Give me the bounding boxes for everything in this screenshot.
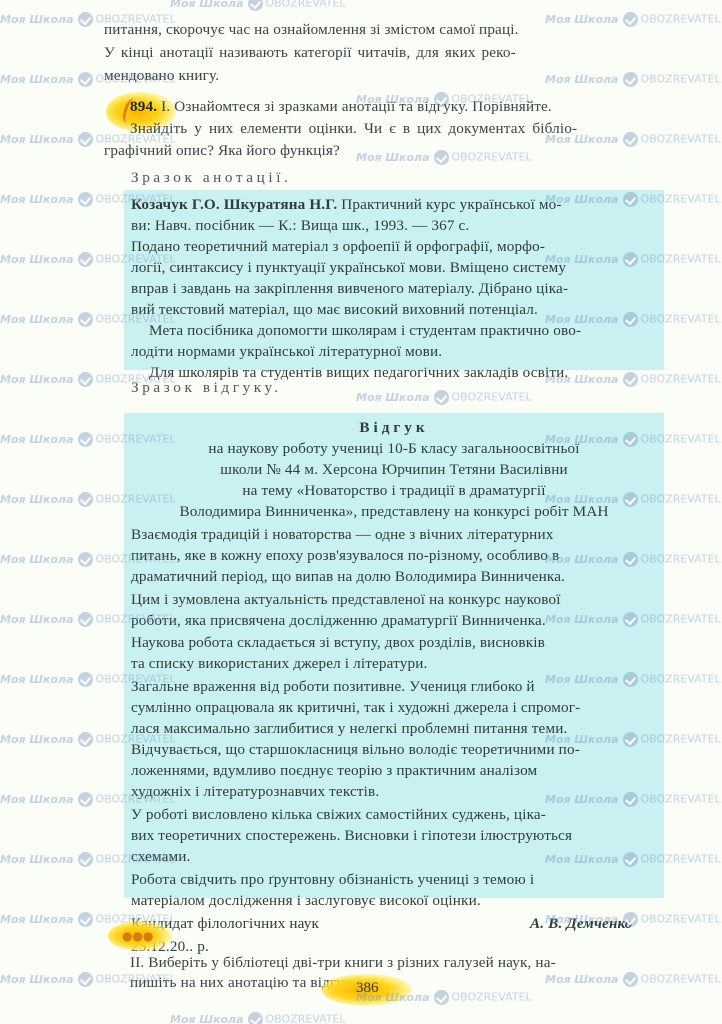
watermark-brand: Моя Школа [0, 673, 74, 686]
review-body-line: лася максимально заглибитися у нелегкі п… [131, 719, 567, 739]
check-circle-icon [78, 372, 93, 387]
exercise-894-text: І. Ознайомтеся зі зразками анотації та в… [157, 98, 552, 115]
bib-title: Практичний курс української мо- [337, 196, 561, 213]
review-body-line: Цим і зумовлена актуальність представлен… [131, 590, 561, 610]
watermark-brand: Моя Школа [0, 853, 74, 866]
check-circle-icon [434, 150, 449, 165]
check-circle-icon [78, 12, 93, 27]
watermark: Моя ШколаOBOZREVATEL [545, 72, 721, 87]
review-heading-line: школи № 44 м. Херсона Юрчипин Тетяни Вас… [124, 460, 664, 480]
intro-line: У кінці анотації називають категорії чит… [104, 43, 516, 63]
watermark-brand: Моя Школа [0, 313, 74, 326]
watermark-brand: Моя Школа [170, 0, 244, 10]
watermark-brand: Моя Школа [0, 433, 74, 446]
intro-line: мендовано книгу. [104, 66, 219, 86]
watermark-brand: Моя Школа [0, 553, 74, 566]
watermark-brand: Моя Школа [545, 73, 619, 86]
review-body-line: Взаємодія традицій і новаторства — одне … [131, 525, 553, 545]
review-body-line: Робота свідчить про ґрунтовну обізнаніст… [131, 870, 534, 890]
watermark-brand: OBOZREVATEL [641, 973, 721, 986]
annotation-line: вправ і завдань на закріплення вивченого… [131, 279, 568, 299]
exercise-894-line: графічний опис? Яка його функція? [104, 141, 340, 161]
check-circle-icon [78, 972, 93, 987]
watermark-brand: Моя Школа [0, 493, 74, 506]
watermark-brand: OBOZREVATEL [452, 151, 532, 164]
review-body-line: Загальне враження від роботи позитивне. … [131, 677, 535, 697]
watermark: Моя ШколаOBOZREVATEL [545, 372, 721, 387]
annotation-line: Мета посібника допомогти школярам і студ… [149, 321, 581, 341]
annotation-line: лодіти нормами української літературної … [131, 342, 442, 362]
check-circle-icon [248, 0, 263, 11]
watermark-brand: Моя Школа [545, 13, 619, 26]
intro-line: питання, скорочує час на ознайомлення зі… [104, 20, 519, 40]
check-circle-icon [78, 912, 93, 927]
review-body-line: питань, яке в кожну епоху розв'язувалося… [131, 546, 559, 566]
check-circle-icon [623, 972, 638, 987]
watermark-brand: OBOZREVATEL [641, 913, 721, 926]
review-title: Відгук [124, 418, 664, 438]
bib-authors: Козачук Г.О. Шкуратяна Н.Г. [131, 196, 337, 213]
watermark-brand: Моя Школа [0, 133, 74, 146]
watermark-brand: Моя Школа [0, 373, 74, 386]
check-circle-icon [78, 312, 93, 327]
watermark-brand: OBOZREVATEL [266, 1013, 346, 1024]
review-body-line: схемами. [131, 847, 190, 867]
review-body-line: та списку використаних джерел і літерату… [131, 654, 427, 674]
watermark-brand: Моя Школа [0, 253, 74, 266]
check-circle-icon [248, 1012, 263, 1024]
exercise-marker: ●●● [108, 921, 172, 951]
watermark-brand: OBOZREVATEL [266, 0, 346, 10]
check-circle-icon [78, 72, 93, 87]
review-heading-line: на тему «Новаторство і традиції в драмат… [124, 481, 664, 501]
watermark-brand: Моя Школа [0, 973, 74, 986]
watermark: Моя ШколаOBOZREVATEL [170, 1012, 346, 1024]
review-sample-label: Зразок відгуку. [131, 378, 282, 398]
annotation-bib-line: Козачук Г.О. Шкуратяна Н.Г. Практичний к… [131, 195, 562, 215]
exercise-number: 894. [130, 98, 157, 115]
watermark-brand: Моя Школа [0, 73, 74, 86]
check-circle-icon [78, 432, 93, 447]
watermark: Моя ШколаOBOZREVATEL [545, 972, 721, 987]
exercise-894-line: Знайдіть у них елементи оцінки. Чи є в ц… [130, 119, 577, 139]
review-body-line: роботи, яка присвячена дослідженню драма… [131, 611, 546, 631]
check-circle-icon [623, 132, 638, 147]
annotation-line: логії, синтаксису і пунктуації українськ… [131, 258, 566, 278]
page-number: 386 [356, 980, 379, 997]
check-circle-icon [623, 12, 638, 27]
watermark-brand: OBOZREVATEL [641, 133, 721, 146]
watermark: Моя ШколаOBOZREVATEL [356, 150, 532, 165]
check-circle-icon [78, 852, 93, 867]
watermark: Моя ШколаOBOZREVATEL [356, 390, 532, 405]
watermark: Моя ШколаOBOZREVATEL [545, 12, 721, 27]
review-body-line: вих теоретичних спостережень. Висновки і… [131, 826, 572, 846]
review-body-line: Відчувається, що старшокласниця вільно в… [131, 740, 580, 760]
watermark-brand: OBOZREVATEL [641, 373, 721, 386]
review-body-line: У роботі висловлено кілька свіжих самост… [131, 805, 546, 825]
review-body-line: художніх і літературознавчих текстів. [131, 782, 379, 802]
check-circle-icon [434, 990, 449, 1005]
watermark-brand: Моя Школа [545, 973, 619, 986]
textbook-page: питання, скорочує час на ознайомлення зі… [0, 0, 722, 1024]
signer-name: А. В. Демченко [530, 914, 633, 934]
watermark-brand: Моя Школа [0, 733, 74, 746]
review-body-line: сумлінно опрацювала як критичні, так і х… [131, 698, 580, 718]
watermark-brand: OBOZREVATEL [641, 73, 721, 86]
watermark-brand: OBOZREVATEL [452, 391, 532, 404]
watermark-brand: Моя Школа [170, 1013, 244, 1024]
watermark-brand: Моя Школа [356, 391, 430, 404]
check-circle-icon [78, 792, 93, 807]
review-body-line: Наукова робота складається зі вступу, дв… [131, 633, 545, 653]
check-circle-icon [78, 492, 93, 507]
watermark-brand: OBOZREVATEL [641, 13, 721, 26]
review-heading-line: Володимира Винниченка», представлену на … [124, 502, 664, 522]
check-circle-icon [78, 252, 93, 267]
watermark-brand: OBOZREVATEL [452, 991, 532, 1004]
check-circle-icon [78, 732, 93, 747]
group-work-icon: ●●● [122, 929, 153, 943]
annotation-line: ви: Навч. посібник — К.: Вища шк., 1993.… [131, 216, 469, 236]
check-circle-icon [78, 552, 93, 567]
check-circle-icon [78, 132, 93, 147]
annotation-line: Подано теоретичний матеріал з орфоепії й… [131, 237, 545, 257]
review-body-line: драматичний період, що випав на долю Вол… [131, 567, 565, 587]
review-heading-line: на наукову роботу учениці 10-Б класу заг… [124, 439, 664, 459]
annotation-sample-label: Зразок анотації. [131, 168, 291, 188]
watermark-brand: Моя Школа [0, 13, 74, 26]
check-circle-icon [623, 72, 638, 87]
check-circle-icon [78, 672, 93, 687]
review-body-line: ложеннями, вдумливо поєднує теорію з пра… [131, 761, 537, 781]
check-circle-icon [623, 372, 638, 387]
check-circle-icon [78, 612, 93, 627]
review-body-line: матеріалом дослідження і заслуговує висо… [131, 891, 481, 911]
check-circle-icon [434, 390, 449, 405]
watermark: Моя ШколаOBOZREVATEL [170, 0, 346, 11]
watermark-brand: Моя Школа [356, 151, 430, 164]
annotation-line: вий текстовий матеріал, що має високий в… [131, 300, 538, 320]
watermark-brand: Моя Школа [0, 913, 74, 926]
watermark-brand: Моя Школа [0, 193, 74, 206]
exercise-894-line: 894. І. Ознайомтеся зі зразками анотації… [130, 97, 552, 117]
exercise-ii-line: ІІ. Виберіть у бібліотеці дві-три книги … [130, 953, 556, 973]
check-circle-icon [78, 192, 93, 207]
watermark-brand: Моя Школа [0, 793, 74, 806]
watermark-brand: Моя Школа [0, 613, 74, 626]
